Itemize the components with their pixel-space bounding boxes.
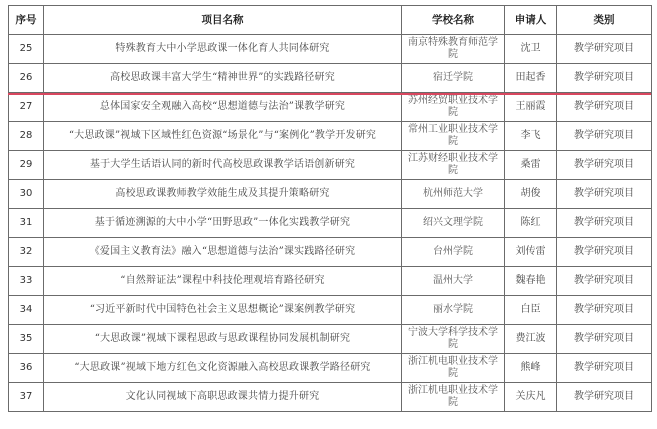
cell-category: 教学研究项目 [557,354,652,383]
cell-category: 教学研究项目 [557,383,652,412]
table-row: 30高校思政课教师教学效能生成及其提升策略研究杭州师范大学胡俊教学研究项目 [9,180,652,209]
cell-seq: 31 [9,209,44,238]
cell-category: 教学研究项目 [557,209,652,238]
cell-school: 南京特殊教育师范学院 [402,35,505,64]
cell-seq: 37 [9,383,44,412]
cell-seq: 29 [9,151,44,180]
cell-category: 教学研究项目 [557,64,652,93]
header-category: 类别 [557,6,652,35]
cell-applicant: 田起香 [505,64,557,93]
cell-title: 基于循迹溯源的大中小学“田野思政”一体化实践教学研究 [44,209,402,238]
cell-category: 教学研究项目 [557,93,652,122]
cell-title: “大思政课”视域下课程思政与思政课程协同发展机制研究 [44,325,402,354]
cell-applicant: 王丽霞 [505,93,557,122]
table-row: 29基于大学生话语认同的新时代高校思政课教学话语创新研究江苏财经职业技术学院桑雷… [9,151,652,180]
cell-seq: 30 [9,180,44,209]
table-row: 31基于循迹溯源的大中小学“田野思政”一体化实践教学研究绍兴文理学院陈红教学研究… [9,209,652,238]
header-applicant: 申请人 [505,6,557,35]
cell-school: 宿迁学院 [402,64,505,93]
cell-school: 杭州师范大学 [402,180,505,209]
table-row: 36“大思政课”视域下地方红色文化资源融入高校思政课教学路径研究浙江机电职业技术… [9,354,652,383]
cell-seq: 32 [9,238,44,267]
cell-school: 苏州经贸职业技术学院 [402,93,505,122]
cell-title: “习近平新时代中国特色社会主义思想概论”课案例教学研究 [44,296,402,325]
cell-seq: 28 [9,122,44,151]
header-row: 序号 项目名称 学校名称 申请人 类别 [9,6,652,35]
cell-school: 温州大学 [402,267,505,296]
cell-category: 教学研究项目 [557,180,652,209]
cell-applicant: 桑雷 [505,151,557,180]
table-row: 28“大思政课”视域下区域性红色资源“场景化”与“案例化”教学开发研究常州工业职… [9,122,652,151]
cell-school: 宁波大学科学技术学院 [402,325,505,354]
cell-applicant: 刘传雷 [505,238,557,267]
cell-school: 江苏财经职业技术学院 [402,151,505,180]
cell-applicant: 关庆凡 [505,383,557,412]
highlight-line [8,93,651,95]
cell-applicant: 陈红 [505,209,557,238]
cell-school: 浙江机电职业技术学院 [402,383,505,412]
cell-seq: 36 [9,354,44,383]
cell-title: 基于大学生话语认同的新时代高校思政课教学话语创新研究 [44,151,402,180]
cell-title: “大思政课”视域下地方红色文化资源融入高校思政课教学路径研究 [44,354,402,383]
cell-seq: 26 [9,64,44,93]
cell-title: 高校思政课教师教学效能生成及其提升策略研究 [44,180,402,209]
cell-category: 教学研究项目 [557,267,652,296]
table-row: 33“自然辩证法”课程中科技伦理观培育路径研究温州大学魏春艳教学研究项目 [9,267,652,296]
cell-school: 台州学院 [402,238,505,267]
cell-category: 教学研究项目 [557,238,652,267]
cell-seq: 35 [9,325,44,354]
cell-title: “大思政课”视域下区域性红色资源“场景化”与“案例化”教学开发研究 [44,122,402,151]
cell-school: 常州工业职业技术学院 [402,122,505,151]
cell-seq: 34 [9,296,44,325]
cell-school: 浙江机电职业技术学院 [402,354,505,383]
cell-school: 绍兴文理学院 [402,209,505,238]
cell-applicant: 魏春艳 [505,267,557,296]
table-row: 25特殊教育大中小学思政课一体化育人共同体研究南京特殊教育师范学院沈卫教学研究项… [9,35,652,64]
cell-category: 教学研究项目 [557,296,652,325]
cell-category: 教学研究项目 [557,325,652,354]
cell-category: 教学研究项目 [557,122,652,151]
cell-seq: 25 [9,35,44,64]
cell-title: 文化认同视域下高职思政课共情力提升研究 [44,383,402,412]
table-row: 35“大思政课”视域下课程思政与思政课程协同发展机制研究宁波大学科学技术学院费江… [9,325,652,354]
cell-title: “自然辩证法”课程中科技伦理观培育路径研究 [44,267,402,296]
cell-school: 丽水学院 [402,296,505,325]
cell-applicant: 费江波 [505,325,557,354]
table-row: 37文化认同视域下高职思政课共情力提升研究浙江机电职业技术学院关庆凡教学研究项目 [9,383,652,412]
cell-seq: 33 [9,267,44,296]
cell-seq: 27 [9,93,44,122]
cell-title: 《爱国主义教育法》融入“思想道德与法治”课实践路径研究 [44,238,402,267]
cell-applicant: 沈卫 [505,35,557,64]
cell-category: 教学研究项目 [557,35,652,64]
table-row: 34“习近平新时代中国特色社会主义思想概论”课案例教学研究丽水学院白臣教学研究项… [9,296,652,325]
project-table: 序号 项目名称 学校名称 申请人 类别 25特殊教育大中小学思政课一体化育人共同… [8,5,652,412]
table-row: 26高校思政课丰富大学生“精神世界”的实践路径研究宿迁学院田起香教学研究项目 [9,64,652,93]
cell-applicant: 胡俊 [505,180,557,209]
cell-title: 特殊教育大中小学思政课一体化育人共同体研究 [44,35,402,64]
cell-applicant: 白臣 [505,296,557,325]
cell-title: 总体国家安全观融入高校“思想道德与法治”课教学研究 [44,93,402,122]
table-row: 27总体国家安全观融入高校“思想道德与法治”课教学研究苏州经贸职业技术学院王丽霞… [9,93,652,122]
table-row: 32《爱国主义教育法》融入“思想道德与法治”课实践路径研究台州学院刘传雷教学研究… [9,238,652,267]
cell-category: 教学研究项目 [557,151,652,180]
cell-applicant: 李飞 [505,122,557,151]
header-title: 项目名称 [44,6,402,35]
header-school: 学校名称 [402,6,505,35]
cell-title: 高校思政课丰富大学生“精神世界”的实践路径研究 [44,64,402,93]
cell-applicant: 熊峰 [505,354,557,383]
header-seq: 序号 [9,6,44,35]
